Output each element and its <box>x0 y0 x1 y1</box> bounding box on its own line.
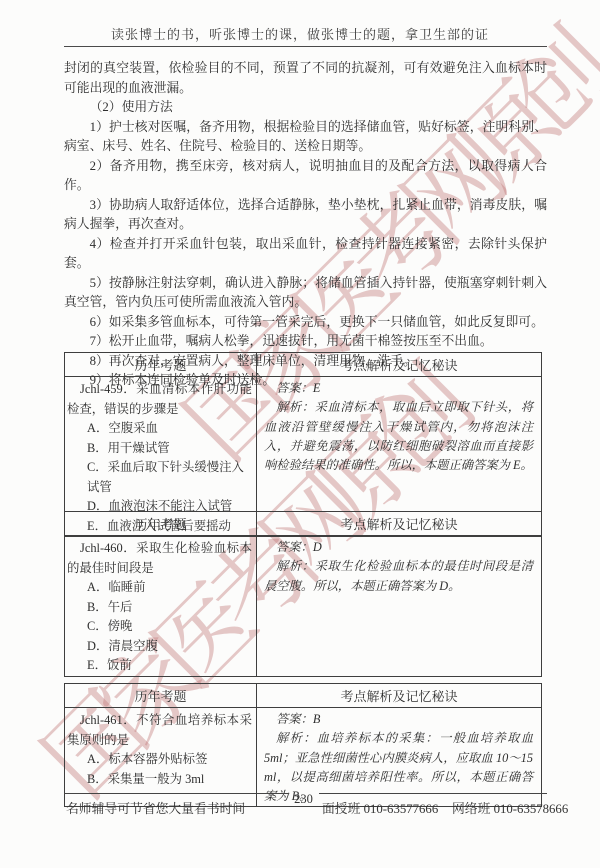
footer-rule-right <box>319 793 547 794</box>
table-header-row: 历年考题 考点解析及记忆秘诀 <box>65 512 542 536</box>
option-b: B．采集量一般为 3ml <box>67 770 252 790</box>
paragraph: 4）检查并打开采血针包装，取出采血针，检查持针器连接紧密，去除针头保护套。 <box>64 235 547 274</box>
option-b: B．午后 <box>67 598 252 618</box>
column-header-past-questions: 历年考题 <box>65 684 257 708</box>
answer-analysis: 解析：采血清标本，取血后立即取下针头，将血液沿管壁缓慢注入干燥试管内，勿将泡沫注… <box>264 398 533 475</box>
header-rule <box>64 46 547 47</box>
question-cell: Jchl-460．采取生化检验血标本的最佳时间段是 A．临睡前 B．午后 C．傍… <box>65 536 257 677</box>
scanned-book-page: 国家医考网原创 国家医考网原创 读张博士的书，听张博士的课，做张博士的题，拿卫生… <box>0 0 600 868</box>
footer-inperson-class-phone: 面授班 010-63577666 <box>322 798 438 817</box>
table-header-row: 历年考题 考点解析及记忆秘诀 <box>65 684 542 708</box>
question-stem: Jchl-460．采取生化检验血标本的最佳时间段是 <box>67 539 252 578</box>
question-table-459: 历年考题 考点解析及记忆秘诀 Jchl-459．采血清标本作肝功能检查，错误的步… <box>64 352 542 537</box>
paragraph: 1）护士核对医嘱，备齐用物，根据检验目的选择储血管，贴好标签，注明科别、病室、床… <box>64 118 547 157</box>
footer-rule-left <box>64 793 288 794</box>
question-id: Jchl-460． <box>80 541 136 555</box>
question-table-460: 历年考题 考点解析及记忆秘诀 Jchl-460．采取生化检验血标本的最佳时间段是… <box>64 511 542 677</box>
footer-slogan: 名师辅导可节省您大量看书时间 <box>66 798 245 817</box>
paragraph: （2）使用方法 <box>64 98 547 118</box>
paragraph: 7）松开止血带，嘱病人松拳，迅速拔针，用无菌干棉签按压至不出血。 <box>64 332 547 352</box>
question-stem: Jchl-461．不符合血培养标本采集原则的是 <box>67 711 252 750</box>
answer-analysis: 解析：采取生化检验血标本的最佳时间段是清晨空腹。所以，本题正确答案为 D。 <box>264 557 533 596</box>
question-table-461: 历年考题 考点解析及记忆秘诀 Jchl-461．不符合血培养标本采集原则的是 A… <box>64 683 542 807</box>
option-b: B．用干燥试管 <box>67 439 252 459</box>
table-header-row: 历年考题 考点解析及记忆秘诀 <box>65 353 542 377</box>
analysis-cell: 答案：D 解析：采取生化检验血标本的最佳时间段是清晨空腹。所以，本题正确答案为 … <box>257 536 542 677</box>
option-a: A．空腹采血 <box>67 419 252 439</box>
question-id: Jchl-461． <box>80 713 136 727</box>
option-d: D．清晨空腹 <box>67 637 252 657</box>
question-stem: Jchl-459．采血清标本作肝功能检查，错误的步骤是 <box>67 380 252 419</box>
footer-online-class-phone: 网络班 010-63578666 <box>452 798 568 817</box>
paragraph: 封闭的真空装置，依检验目的不同，预置了不同的抗凝剂，可有效避免注入血标本时可能出… <box>64 59 547 98</box>
paragraph: 5）按静脉注射法穿刺，确认进入静脉；将储血管插入持针器，使瓶塞穿刺针刺入真空管，… <box>64 274 547 313</box>
column-header-analysis: 考点解析及记忆秘诀 <box>257 512 542 536</box>
option-a: A．临睡前 <box>67 578 252 598</box>
paragraph: 6）如采集多管血标本，可待第一管采完后，更换下一只储血管，如此反复即可。 <box>64 313 547 333</box>
answer-label: 答案：B <box>264 710 533 729</box>
page-number: 230 <box>288 792 319 807</box>
paragraph: 2）备齐用物，携至床旁，核对病人，说明抽血目的及配合方法，以取得病人合作。 <box>64 157 547 196</box>
option-c: C．采血后取下针头缓慢注入试管 <box>67 458 252 497</box>
option-a: A．标本容器外贴标签 <box>67 750 252 770</box>
column-header-analysis: 考点解析及记忆秘诀 <box>257 353 542 377</box>
option-e: E．饭前 <box>67 656 252 676</box>
column-header-past-questions: 历年考题 <box>65 353 257 377</box>
column-header-analysis: 考点解析及记忆秘诀 <box>257 684 542 708</box>
table-body-row: Jchl-460．采取生化检验血标本的最佳时间段是 A．临睡前 B．午后 C．傍… <box>65 536 542 677</box>
question-id: Jchl-459． <box>80 382 136 396</box>
answer-label: 答案：E <box>264 379 533 398</box>
column-header-past-questions: 历年考题 <box>65 512 257 536</box>
answer-label: 答案：D <box>264 538 533 557</box>
body-text: 封闭的真空装置，依检验目的不同，预置了不同的抗凝剂，可有效避免注入血标本时可能出… <box>64 59 547 391</box>
paragraph: 3）协助病人取舒适体位，选择合适静脉，垫小垫枕，扎紧止血带，消毒皮肤，嘱病人握拳… <box>64 196 547 235</box>
option-c: C．傍晚 <box>67 617 252 637</box>
header-slogan: 读张博士的书，听张博士的课，做张博士的题，拿卫生部的证 <box>0 24 600 43</box>
